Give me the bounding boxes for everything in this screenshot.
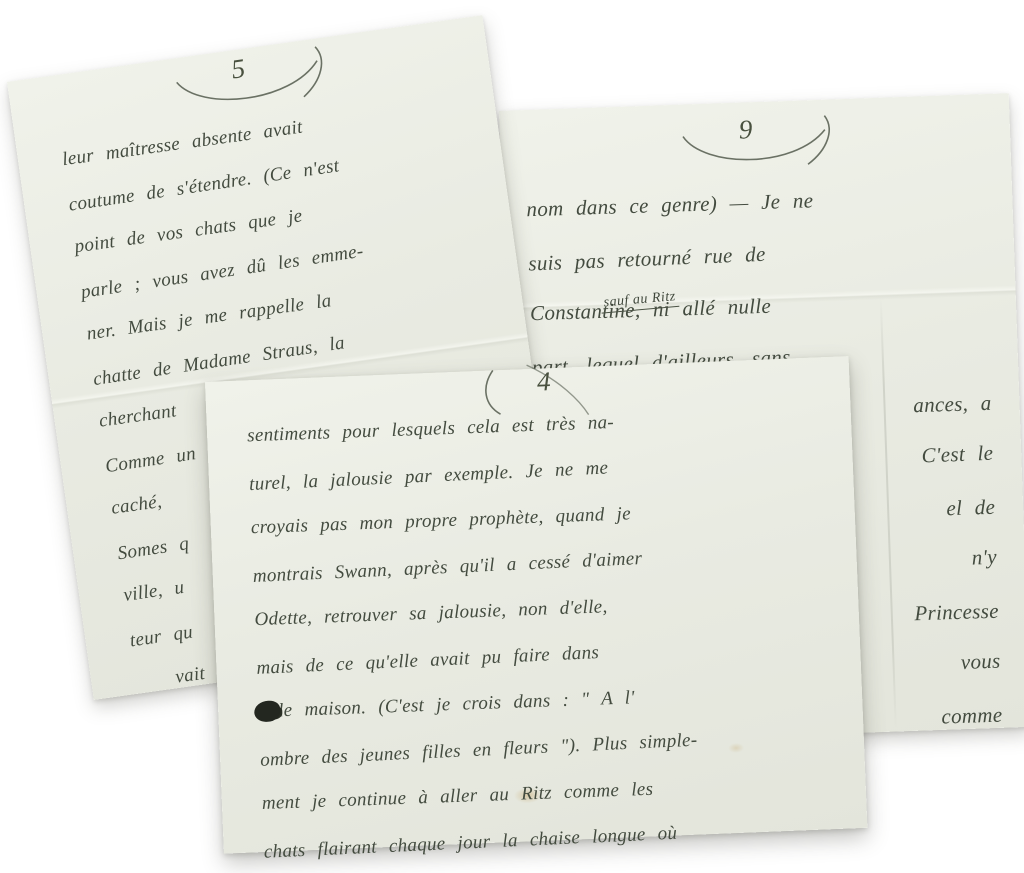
page-number-flourish-icon (474, 359, 636, 421)
photo-backdrop: 5 leur maîtresse absente avait coutume d… (0, 0, 1024, 873)
manuscript-text-block: sentiments pour lesquels cela est très n… (206, 390, 868, 873)
page-number-text: 9 (738, 114, 753, 145)
manuscript-line-text: telle maison. (C'est je crois dans : " A… (258, 687, 635, 722)
page-number-flourish-icon (676, 113, 838, 175)
letter-page-4: 4 sentiments pour lesquels cela est très… (205, 356, 867, 853)
page-number-9: 9 (499, 95, 1011, 171)
page-number-text: 4 (536, 366, 551, 398)
